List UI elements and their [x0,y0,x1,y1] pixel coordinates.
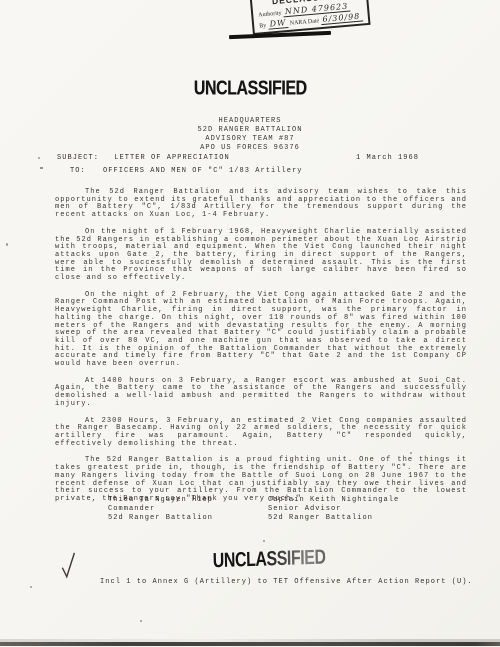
letter-body: The 52d Ranger Battalion and its advisor… [55,189,467,513]
redaction-bar [229,31,331,39]
signature-name: Thieu Ta Nguyen Hiep [108,496,213,505]
enclosure-line: Incl 1 to Annex G (Artillery) to TET Off… [100,578,473,586]
unclassified-stamp-top: UNCLASSIFIED [0,78,500,100]
nara-date-label: NARA Date [290,18,320,27]
subject-row: SUBJECT: LETTER OF APPRECIATION [57,154,230,162]
paragraph-2: On the night of 1 February 1968, Heavywe… [55,229,467,283]
to-text: OFFICERS AND MEN OF "C" 1/83 Artillery [103,167,303,175]
letterhead-line: HEADQUARTERS [0,117,500,126]
scan-speckle [6,243,8,246]
to-label: TO: [70,167,86,175]
signature-advisor: Captain Keith Nightingale Senior Advisor… [268,496,399,523]
scan-speckle [140,620,142,622]
authority-label: Authority [258,11,282,19]
subject-label: SUBJECT: [57,154,99,162]
paragraph-4: At 1400 hours on 3 February, a Ranger es… [55,378,467,409]
scan-speckle [30,586,32,588]
letterhead-line: 52D RANGER BATTALION [0,126,500,135]
paragraph-1: The 52d Ranger Battalion and its advisor… [55,189,467,220]
unclassified-stamp-top-text: UNCLASSIFIED [194,77,307,101]
scan-speckle [40,167,43,169]
signature-title: Senior Advisor [268,505,399,514]
letterhead-line: ADVISORY TEAM #87 [0,135,500,144]
signature-unit: 52d Ranger Battalion [268,514,399,523]
signature-unit: 52d Ranger Battalion [108,514,213,523]
unclassified-stamp-bottom-text: UNCLASSIFIED [212,546,325,574]
by-handwritten-value: DW [267,18,288,30]
document-page: DECLASSIFIED Authority NND 479623 By DW … [0,0,500,647]
signature-name: Captain Keith Nightingale [268,496,399,505]
paragraph-3: On the night of 2 February, the Viet Con… [55,292,467,369]
letterhead: HEADQUARTERS 52D RANGER BATTALION ADVISO… [0,117,500,153]
by-label: By [259,23,267,30]
scan-speckle [38,157,40,159]
subject-text: LETTER OF APPRECIATION [114,154,230,162]
signature-commander: Thieu Ta Nguyen Hiep Commander 52d Range… [108,496,213,523]
scan-speckle [410,452,412,454]
to-row: TO: OFFICERS AND MEN OF "C" 1/83 Artille… [70,167,303,175]
signature-title: Commander [108,505,213,514]
declassified-stamp: DECLASSIFIED Authority NND 479623 By DW … [249,0,370,35]
scan-edge-bottom [0,642,500,646]
letter-date: 1 March 1968 [356,154,419,162]
nara-date-handwritten-value: 6/30/98 [320,11,363,25]
paragraph-5: At 2300 Hours, 3 February, an estimated … [55,418,467,449]
letterhead-line: APO US FORCES 96376 [0,144,500,153]
handwritten-checkmark-icon [58,549,81,581]
unclassified-stamp-bottom: UNCLASSIFIED [38,549,500,571]
scan-speckle [263,540,265,542]
